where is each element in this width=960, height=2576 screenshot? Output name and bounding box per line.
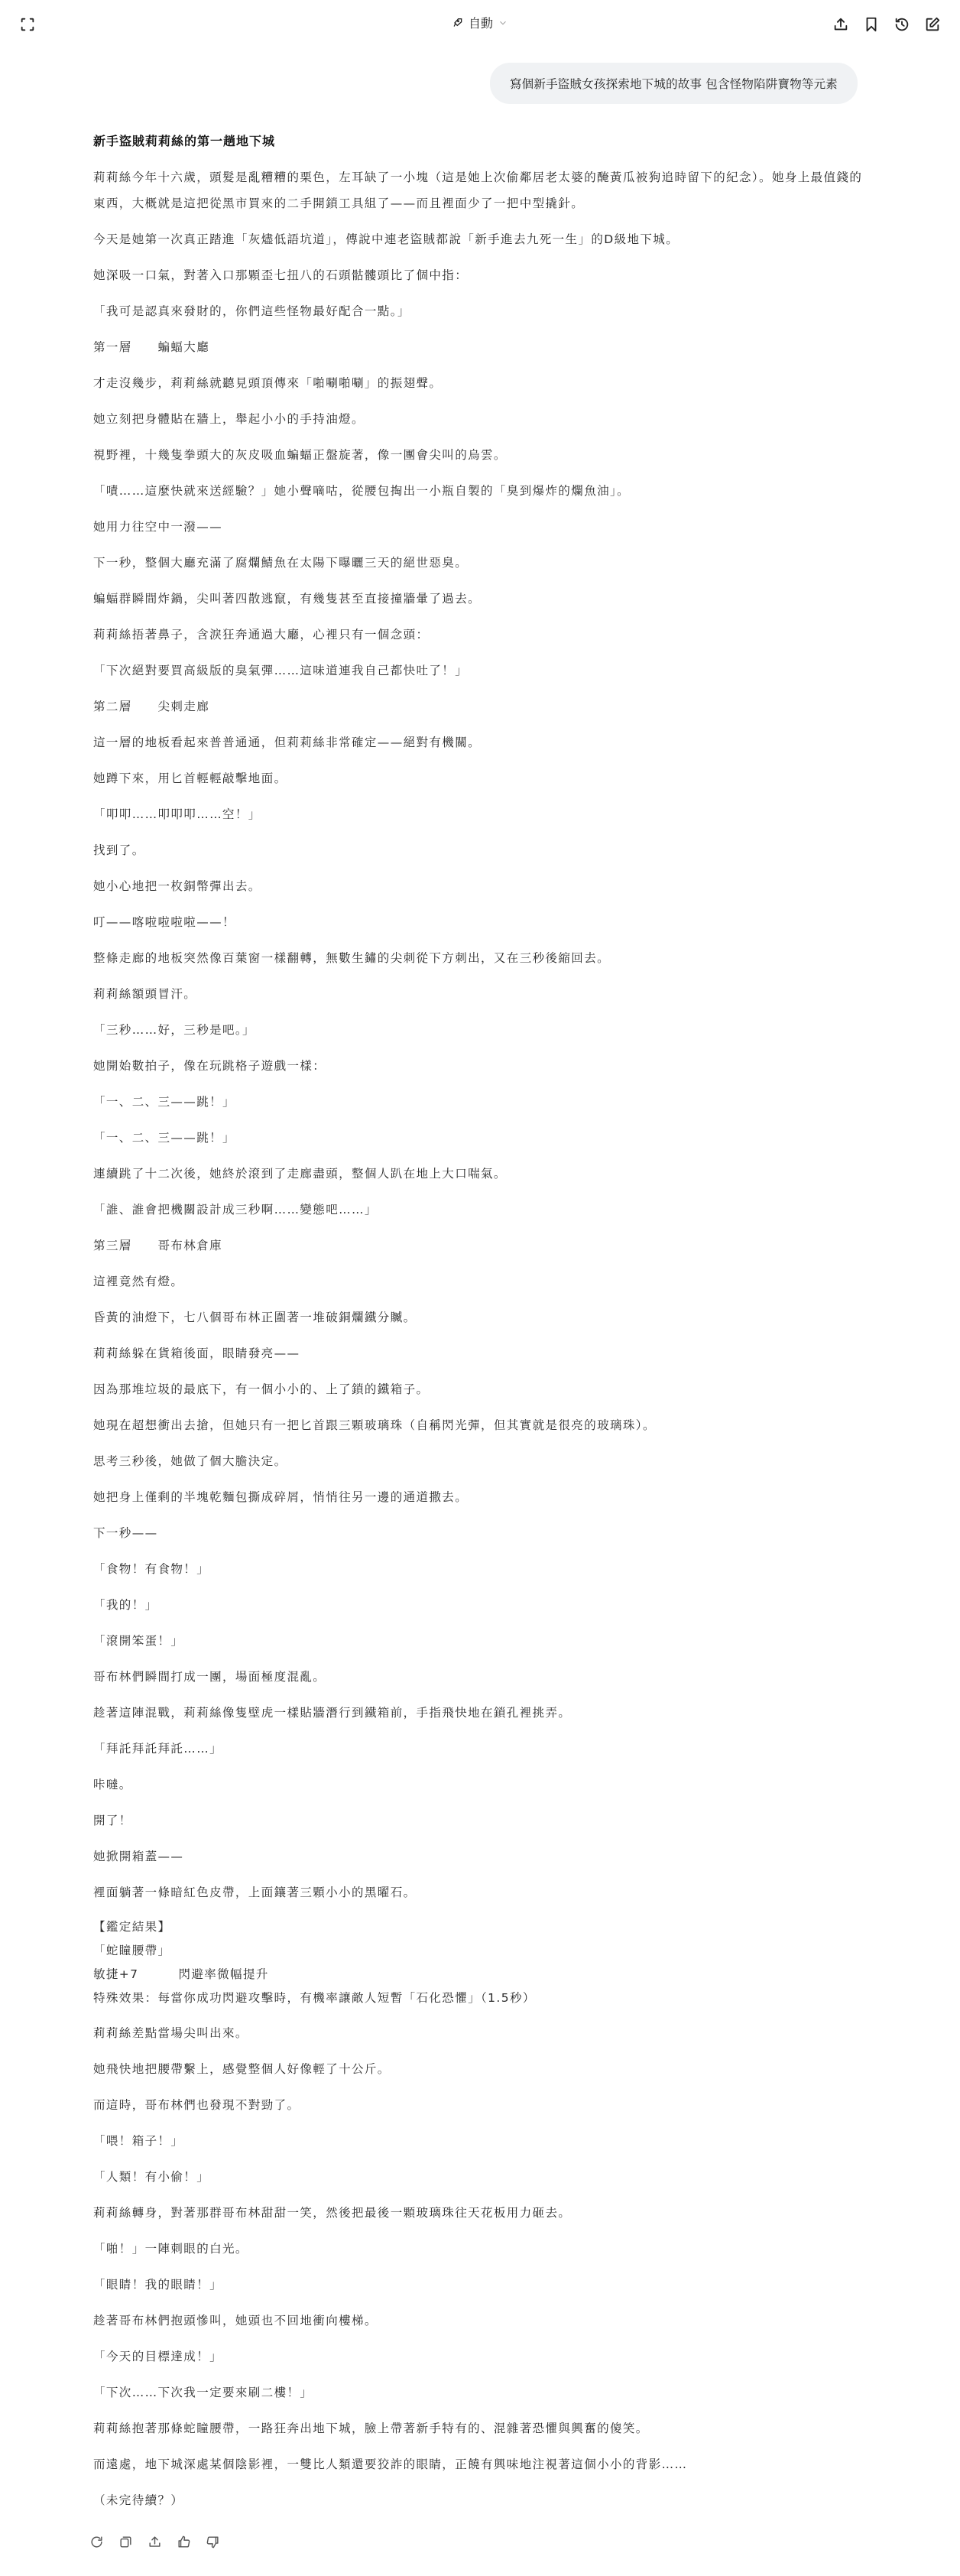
thumbs-down-button[interactable] [202, 2531, 223, 2552]
paragraph: 她立刻把身體貼在牆上，舉起小小的手持油燈。 [93, 406, 865, 432]
paragraph: 叮——喀啦啦啦啦——！ [93, 909, 865, 935]
dialogue: 「我的！」 [93, 1592, 865, 1618]
regenerate-icon [89, 2535, 104, 2549]
rocket-icon [452, 17, 464, 29]
paragraph: 視野裡，十幾隻拳頭大的灰皮吸血蝙蝠正盤旋著，像一團會尖叫的烏雲。 [93, 442, 865, 468]
paragraph: 咔噠。 [93, 1772, 865, 1798]
bookmark-icon [863, 16, 880, 33]
dialogue: 「下次……下次我一定要來刷二樓！」 [93, 2379, 865, 2405]
item-stat: 敏捷+7 [93, 1967, 138, 1981]
dialogue: 「一、二、三——跳！」 [93, 1125, 865, 1151]
share-icon [832, 16, 849, 33]
paragraph: 莉莉絲差點當場尖叫出來。 [93, 2020, 865, 2046]
paragraph: 哥布林們瞬間打成一團，場面極度混亂。 [93, 1664, 865, 1690]
paragraph: 昏黃的油燈下，七八個哥布林正圍著一堆破銅爛鐵分贓。 [93, 1304, 865, 1330]
paragraph: 莉莉絲轉身，對著那群哥布林甜甜一笑，然後把最後一顆玻璃珠往天花板用力砸去。 [93, 2200, 865, 2226]
chevron-down-icon [498, 18, 508, 28]
regenerate-button[interactable] [86, 2531, 107, 2552]
fullscreen-icon [19, 16, 36, 33]
dialogue: 「啪！」一陣刺眼的白光。 [93, 2236, 865, 2262]
paragraph: 她蹲下來，用匕首輕輕敲擊地面。 [93, 765, 865, 791]
dialogue: 「下次絕對要買高級版的臭氣彈……這味道連我自己都快吐了！」 [93, 658, 865, 684]
user-message: 寫個新手盜賊女孩探索地下城的故事 包含怪物陷阱寶物等元素 [490, 63, 858, 104]
paragraph: 莉莉絲躲在貨箱後面，眼睛發亮—— [93, 1340, 865, 1366]
paragraph: 這裡竟然有燈。 [93, 1269, 865, 1294]
paragraph: 因為那堆垃圾的最底下，有一個小小的、上了鎖的鐵箱子。 [93, 1376, 865, 1402]
dialogue: 「拜託拜託拜託……」 [93, 1736, 865, 1762]
share-response-button[interactable] [144, 2531, 165, 2552]
paragraph: 她小心地把一枚銅幣彈出去。 [93, 873, 865, 899]
dialogue: 「今天的目標達成！」 [93, 2344, 865, 2370]
paragraph: 這一層的地板看起來普普通通，但莉莉絲非常確定——絕對有機關。 [93, 729, 865, 755]
paragraph: 她開始數拍子，像在玩跳格子遊戲一樣： [93, 1053, 865, 1079]
paragraph: 莉莉絲捂著鼻子，含淚狂奔通過大廳，心裡只有一個念頭： [93, 622, 865, 648]
section-heading: 第二層 尖刺走廊 [93, 694, 865, 720]
paragraph: 思考三秒後，她做了個大膽決定。 [93, 1448, 865, 1474]
dialogue: 「滾開笨蛋！」 [93, 1628, 865, 1654]
paragraph: 莉莉絲今年十六歲，頭髮是亂糟糟的栗色，左耳缺了一小塊（這是她上次偷鄰居老太婆的醃… [93, 164, 865, 216]
dialogue: 「三秒……好，三秒是吧。」 [93, 1017, 865, 1043]
paragraph: 才走沒幾步，莉莉絲就聽見頭頂傳來「啪唰啪唰」的振翅聲。 [93, 370, 865, 396]
dialogue: 「我可是認真來發財的，你們這些怪物最好配合一點。」 [93, 298, 865, 324]
new-chat-button[interactable] [922, 14, 943, 35]
model-selector[interactable]: 自動 [452, 14, 508, 31]
dialogue: 「喂！箱子！」 [93, 2128, 865, 2154]
paragraph: 蝙蝠群瞬間炸鍋，尖叫著四散逃竄，有幾隻甚至直接撞牆暈了過去。 [93, 586, 865, 612]
fullscreen-button[interactable] [17, 14, 38, 35]
paragraph: 而遠處，地下城深處某個陰影裡，一雙比人類還要狡詐的眼睛，正饒有興味地注視著這個小… [93, 2451, 865, 2477]
copy-icon [118, 2535, 133, 2549]
item-effect: 特殊效果：每當你成功閃避攻擊時，有機率讓敵人短暫「石化恐懼」（1.5秒） [93, 1986, 865, 2010]
paragraph: 連續跳了十二次後，她終於滾到了走廊盡頭，整個人趴在地上大口喘氣。 [93, 1161, 865, 1187]
paragraph: 她飛快地把腰帶繫上，感覺整個人好像輕了十公斤。 [93, 2056, 865, 2082]
share-icon [148, 2535, 162, 2549]
model-label: 自動 [469, 14, 493, 31]
user-message-text: 寫個新手盜賊女孩探索地下城的故事 包含怪物陷阱寶物等元素 [490, 63, 858, 104]
dialogue: 「眼睛！我的眼睛！」 [93, 2272, 865, 2298]
dialogue: 「一、二、三——跳！」 [93, 1089, 865, 1115]
paragraph: 今天是她第一次真正踏進「灰燼低語坑道」，傳說中連老盜賊都說「新手進去九死一生」的… [93, 226, 865, 252]
header-actions [830, 14, 943, 35]
paragraph: 下一秒—— [93, 1520, 865, 1546]
dialogue: 「誰、誰會把機關設計成三秒啊……變態吧……」 [93, 1197, 865, 1223]
appraisal-block: 【鑑定結果】 「蛇瞳腰帶」 敏捷+7閃避率微幅提升 特殊效果：每當你成功閃避攻擊… [93, 1915, 865, 2010]
history-button[interactable] [891, 14, 913, 35]
paragraph: 她把身上僅剩的半塊乾麵包撕成碎屑，悄悄往另一邊的通道撒去。 [93, 1484, 865, 1510]
assistant-response: 新手盜賊莉莉絲的第一趟地下城 莉莉絲今年十六歲，頭髮是亂糟糟的栗色，左耳缺了一小… [93, 132, 865, 2523]
paragraph: 找到了。 [93, 837, 865, 863]
paragraph: 下一秒，整個大廳充滿了腐爛鯖魚在太陽下曝曬三天的絕世惡臭。 [93, 550, 865, 576]
story-title: 新手盜賊莉莉絲的第一趟地下城 [93, 132, 865, 149]
paragraph: 而這時，哥布林們也發現不對勁了。 [93, 2092, 865, 2118]
item-stat-line: 敏捷+7閃避率微幅提升 [93, 1963, 865, 1986]
paragraph: 莉莉絲額頭冒汗。 [93, 981, 865, 1007]
section-heading: 第三層 哥布林倉庫 [93, 1233, 865, 1259]
thumbs-up-icon [177, 2535, 191, 2549]
history-icon [894, 16, 910, 33]
dialogue: 「嘖……這麼快就來送經驗？」她小聲嘀咕，從腰包掏出一小瓶自製的「臭到爆炸的爛魚油… [93, 478, 865, 504]
paragraph: 趁著哥布林們抱頭慘叫，她頭也不回地衝向樓梯。 [93, 2308, 865, 2334]
item-name: 「蛇瞳腰帶」 [93, 1939, 865, 1963]
new-chat-icon [924, 16, 941, 33]
share-button[interactable] [830, 14, 851, 35]
paragraph: 她現在超想衝出去搶，但她只有一把匕首跟三顆玻璃珠（自稱閃光彈，但其實就是很亮的玻… [93, 1412, 865, 1438]
bookmark-button[interactable] [861, 14, 882, 35]
appraisal-header: 【鑑定結果】 [93, 1915, 865, 1939]
copy-button[interactable] [115, 2531, 136, 2552]
paragraph: 趁著這陣混戰，莉莉絲像隻壁虎一樣貼牆潛行到鐵箱前，手指飛快地在鎖孔裡挑弄。 [93, 1700, 865, 1726]
thumbs-up-button[interactable] [173, 2531, 194, 2552]
paragraph: 開了！ [93, 1808, 865, 1834]
section-heading: 第一層 蝙蝠大廳 [93, 334, 865, 360]
dialogue: 「食物！有食物！」 [93, 1556, 865, 1582]
paragraph: 整條走廊的地板突然像百葉窗一樣翻轉，無數生鏽的尖刺從下方刺出，又在三秒後縮回去。 [93, 945, 865, 971]
paragraph: 她深吸一口氣，對著入口那顆歪七扭八的石頭骷髏頭比了個中指： [93, 262, 865, 288]
paragraph: 她用力往空中一潑—— [93, 514, 865, 540]
paragraph: 莉莉絲抱著那條蛇瞳腰帶，一路狂奔出地下城，臉上帶著新手特有的、混雜著恐懼與興奮的… [93, 2415, 865, 2441]
dialogue: 「人類！有小偷！」 [93, 2164, 865, 2190]
item-stat-desc: 閃避率微幅提升 [178, 1967, 268, 1981]
dialogue: 「叩叩……叩叩叩……空！」 [93, 801, 865, 827]
paragraph: 裡面躺著一條暗紅色皮帶，上面鑲著三顆小小的黑曜石。 [93, 1879, 865, 1905]
paragraph: 她掀開箱蓋—— [93, 1843, 865, 1869]
response-actions [86, 2531, 223, 2552]
thumbs-down-icon [206, 2535, 220, 2549]
to-be-continued: （未完待續？） [93, 2487, 865, 2513]
